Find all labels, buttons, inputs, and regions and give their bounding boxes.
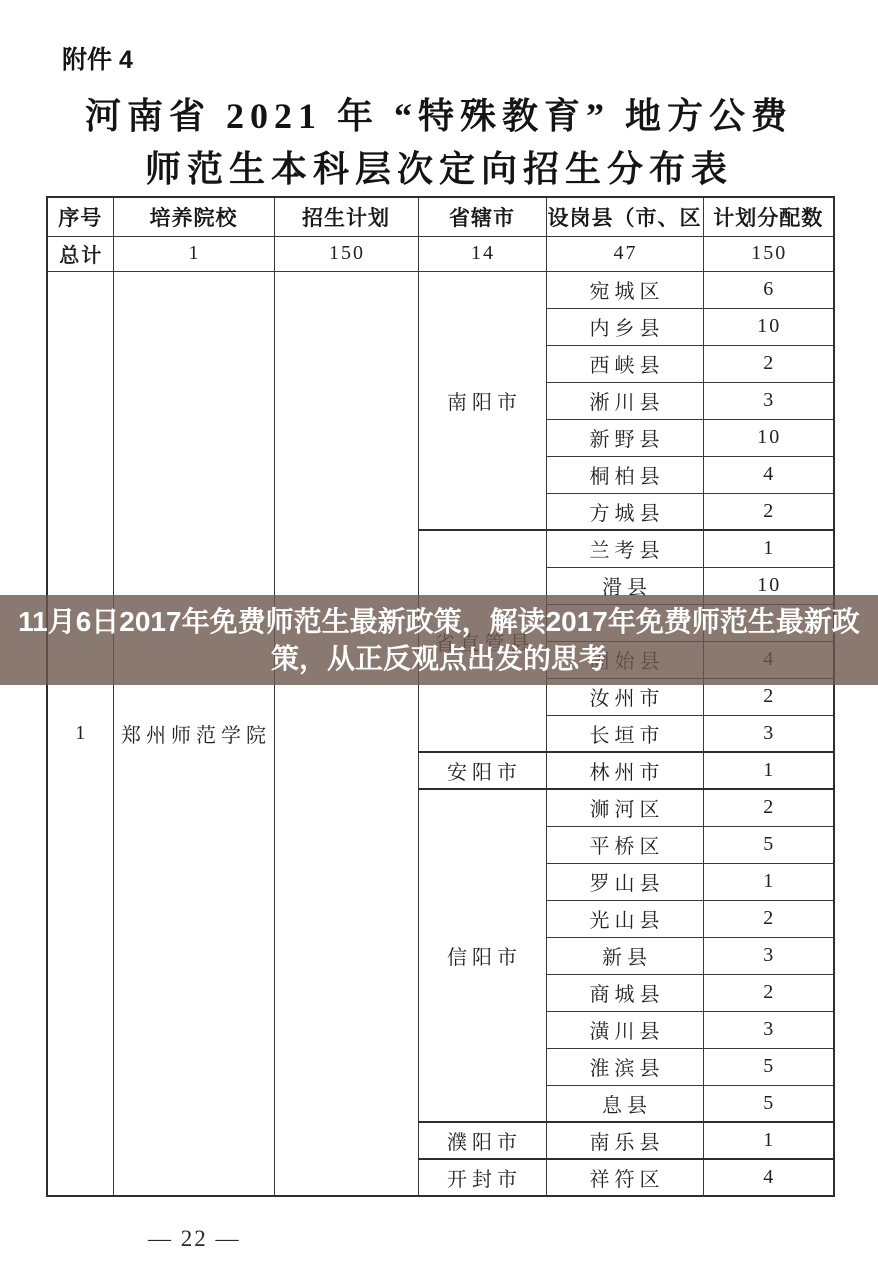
county-cell: 息县 [546, 1085, 703, 1122]
total-value-cell: 1 [113, 236, 274, 271]
county-cell: 新县 [546, 937, 703, 974]
allocation-cell: 1 [703, 752, 834, 789]
table-row: 1郑州师范学院南阳市宛城区6 [47, 271, 834, 308]
county-cell: 潢川县 [546, 1011, 703, 1048]
allocation-cell: 2 [703, 789, 834, 826]
allocation-cell: 6 [703, 271, 834, 308]
city-cell: 信阳市 [418, 789, 546, 1122]
county-cell: 淅川县 [546, 382, 703, 419]
allocation-cell: 1 [703, 1122, 834, 1159]
total-value-cell: 150 [703, 236, 834, 271]
allocation-cell: 2 [703, 493, 834, 530]
city-cell: 开封市 [418, 1159, 546, 1196]
total-value-cell: 47 [546, 236, 703, 271]
county-cell: 宛城区 [546, 271, 703, 308]
attachment-label: 附件 4 [62, 40, 133, 76]
allocation-cell: 5 [703, 1048, 834, 1085]
allocation-cell: 2 [703, 974, 834, 1011]
county-cell: 光山县 [546, 900, 703, 937]
document-page: 附件 4 河南省 2021 年 “特殊教育” 地方公费 师范生本科层次定向招生分… [0, 0, 878, 1279]
allocation-cell: 2 [703, 345, 834, 382]
total-value-cell: 14 [418, 236, 546, 271]
allocation-cell: 3 [703, 937, 834, 974]
header-cell: 计划分配数 [703, 197, 834, 236]
county-cell: 南乐县 [546, 1122, 703, 1159]
total-row: 总计11501447150 [47, 236, 834, 271]
allocation-cell: 10 [703, 419, 834, 456]
total-value-cell: 150 [274, 236, 418, 271]
allocation-cell: 4 [703, 456, 834, 493]
county-cell: 西峡县 [546, 345, 703, 382]
page-number: — 22 — [148, 1226, 241, 1252]
college-cell: 郑州师范学院 [113, 271, 274, 1196]
allocation-cell: 4 [703, 1159, 834, 1196]
plan-cell [274, 271, 418, 1196]
header-cell: 培养院校 [113, 197, 274, 236]
header-cell: 招生计划 [274, 197, 418, 236]
county-cell: 长垣市 [546, 715, 703, 752]
doc-title-line2: 师范生本科层次定向招生分布表 [0, 141, 878, 192]
allocation-cell: 2 [703, 900, 834, 937]
watermark-text-line2: 策，从正反观点出发的思考 [271, 640, 607, 677]
allocation-cell: 3 [703, 1011, 834, 1048]
county-cell: 兰考县 [546, 530, 703, 567]
city-cell: 安阳市 [418, 752, 546, 789]
county-cell: 淮滨县 [546, 1048, 703, 1085]
header-cell: 序号 [47, 197, 113, 236]
allocation-cell: 3 [703, 715, 834, 752]
county-cell: 浉河区 [546, 789, 703, 826]
header-cell: 省辖市 [418, 197, 546, 236]
county-cell: 方城县 [546, 493, 703, 530]
city-cell: 南阳市 [418, 271, 546, 530]
allocation-cell: 5 [703, 826, 834, 863]
distribution-table: 序号培养院校招生计划省辖市设岗县（市、区计划分配数 总计115014471501… [46, 196, 835, 1197]
county-cell: 祥符区 [546, 1159, 703, 1196]
header-cell: 设岗县（市、区 [546, 197, 703, 236]
allocation-cell: 1 [703, 530, 834, 567]
county-cell: 罗山县 [546, 863, 703, 900]
city-cell: 濮阳市 [418, 1122, 546, 1159]
watermark-text-line1: 11月6日2017年免费师范生最新政策，解读2017年免费师范生最新政 [18, 603, 860, 640]
county-cell: 内乡县 [546, 308, 703, 345]
table-header-row: 序号培养院校招生计划省辖市设岗县（市、区计划分配数 [47, 197, 834, 236]
county-cell: 林州市 [546, 752, 703, 789]
county-cell: 桐柏县 [546, 456, 703, 493]
county-cell: 新野县 [546, 419, 703, 456]
county-cell: 商城县 [546, 974, 703, 1011]
allocation-cell: 10 [703, 308, 834, 345]
allocation-cell: 3 [703, 382, 834, 419]
allocation-cell: 1 [703, 863, 834, 900]
seq-cell: 1 [47, 271, 113, 1196]
county-cell: 平桥区 [546, 826, 703, 863]
allocation-cell: 5 [703, 1085, 834, 1122]
watermark-banner: 11月6日2017年免费师范生最新政策，解读2017年免费师范生最新政 策，从正… [0, 595, 878, 685]
doc-title-line1: 河南省 2021 年 “特殊教育” 地方公费 [0, 88, 878, 139]
total-label-cell: 总计 [47, 236, 113, 271]
